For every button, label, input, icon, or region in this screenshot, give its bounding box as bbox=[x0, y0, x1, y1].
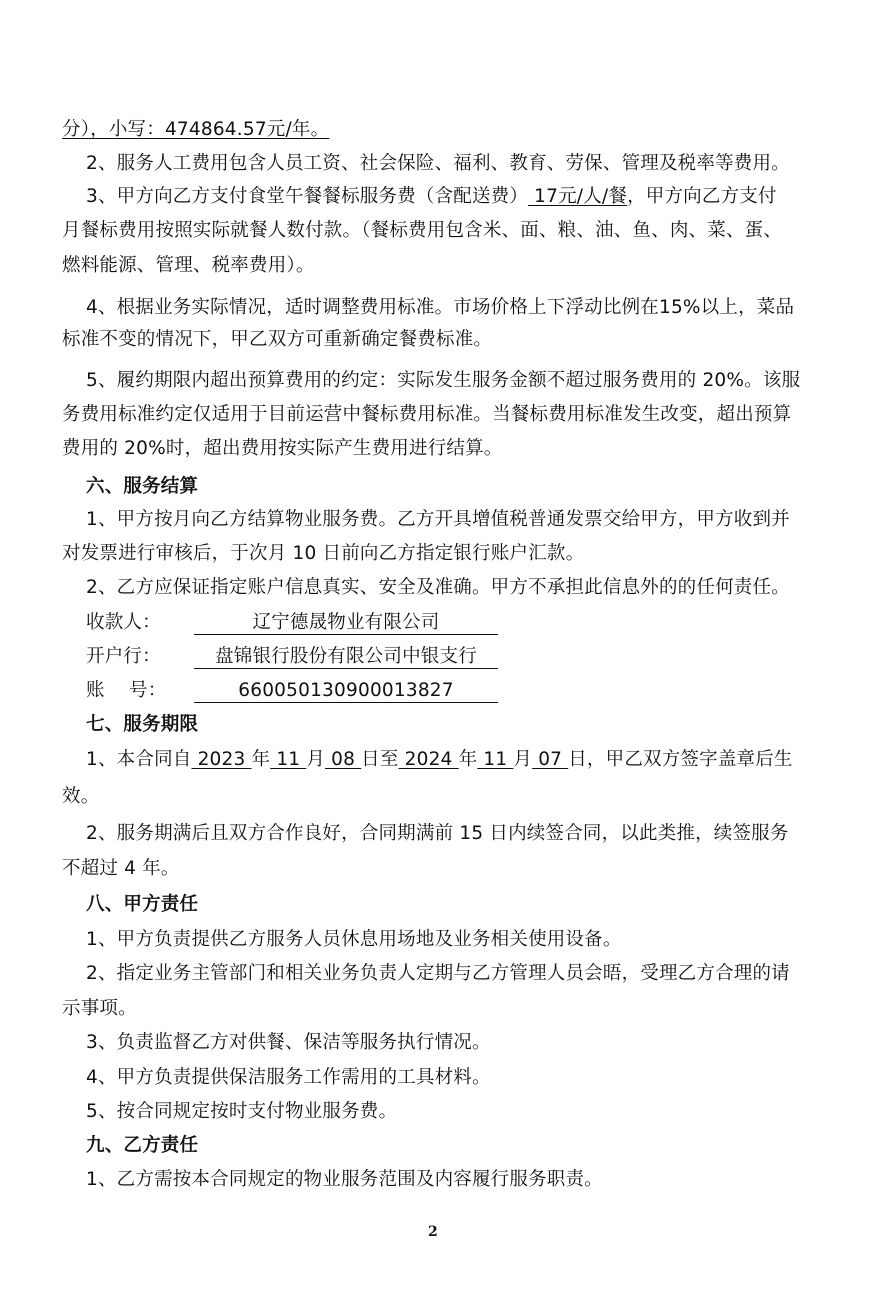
paragraph-line: 2、指定业务主管部门和相关业务负责人定期与乙方管理人员会晤，受理乙方合理的请 bbox=[86, 962, 790, 986]
end-day: 07 bbox=[532, 749, 568, 770]
paragraph-line: 1、甲方按月向乙方结算物业服务费。乙方开具增值税普通发票交给甲方，甲方收到并 bbox=[86, 508, 790, 532]
paragraph-line: 3、甲方向乙方支付食堂午餐餐标服务费（含配送费） 17元/人/餐，甲方向乙方支付 bbox=[86, 185, 777, 209]
payee-row: 收款人：辽宁德晟物业有限公司 bbox=[86, 611, 498, 635]
paragraph-line: 4、甲方负责提供保洁服务工作需用的工具材料。 bbox=[86, 1066, 491, 1090]
account-value: 660050130900013827 bbox=[194, 680, 498, 703]
bank-value: 盘锦银行股份有限公司中银支行 bbox=[194, 646, 498, 669]
payee-value: 辽宁德晟物业有限公司 bbox=[194, 612, 498, 635]
start-day: 08 bbox=[325, 749, 361, 770]
document-page: 分），小写：474864.57元/年。 2、服务人工费用包含人员工资、社会保险、… bbox=[0, 0, 888, 1296]
paragraph-line: 3、负责监督乙方对供餐、保洁等服务执行情况。 bbox=[86, 1031, 491, 1055]
paragraph-line: 2、乙方应保证指定账户信息真实、安全及准确。甲方不承担此信息外的的任何责任。 bbox=[86, 576, 790, 600]
paragraph-line: 费用的 20%时，超出费用按实际产生费用进行结算。 bbox=[62, 437, 503, 461]
text-segment: 3、甲方向乙方支付食堂午餐餐标服务费（含配送费） bbox=[86, 186, 528, 207]
paragraph-line: 分），小写：474864.57元/年。 bbox=[62, 118, 329, 142]
paragraph-line: 对发票进行审核后，于次月 10 日前向乙方指定银行账户汇款。 bbox=[62, 542, 584, 566]
bank-row: 开户行：盘锦银行股份有限公司中银支行 bbox=[86, 645, 498, 669]
paragraph-line: 示事项。 bbox=[62, 997, 137, 1021]
paragraph-line: 2、服务期满后且双方合作良好，合同期满前 15 日内续签合同，以此类推，续签服务 bbox=[86, 822, 789, 846]
account-row: 账 号：660050130900013827 bbox=[86, 679, 498, 703]
text-segment: 年 bbox=[459, 749, 478, 770]
section-heading: 九、乙方责任 bbox=[86, 1134, 198, 1158]
paragraph-line: 不超过 4 年。 bbox=[62, 857, 180, 881]
paragraph-line: 5、履约期限内超出预算费用的约定：实际发生服务金额不超过服务费用的 20%。该服 bbox=[86, 369, 800, 393]
paragraph-line: 月餐标费用按照实际就餐人数付款。（餐标费用包含米、面、粮、油、鱼、肉、菜、蛋、 bbox=[62, 219, 782, 243]
text-segment: 日至 bbox=[361, 749, 398, 770]
text-segment: 1、本合同自 bbox=[86, 749, 191, 770]
text-segment: 月 bbox=[513, 749, 532, 770]
paragraph-line: 2、服务人工费用包含人员工资、社会保险、福利、教育、劳保、管理及税率等费用。 bbox=[86, 152, 790, 176]
section-heading: 六、服务结算 bbox=[86, 475, 198, 499]
paragraph-line: 1、乙方需按本合同规定的物业服务范围及内容履行服务职责。 bbox=[86, 1168, 603, 1192]
text-segment: 年 bbox=[252, 749, 271, 770]
text-segment: 日，甲乙双方签字盖章后生 bbox=[568, 749, 792, 770]
end-month: 11 bbox=[477, 749, 513, 770]
text-segment: 月 bbox=[306, 749, 325, 770]
paragraph-line: 燃料能源、管理、税率费用）。 bbox=[62, 254, 315, 278]
start-year: 2023 bbox=[191, 749, 251, 770]
paragraph-line: 1、甲方负责提供乙方服务人员休息用场地及业务相关使用设备。 bbox=[86, 928, 622, 952]
payee-label: 收款人： bbox=[86, 611, 194, 635]
section-heading: 八、甲方责任 bbox=[86, 893, 198, 917]
section-heading: 七、服务期限 bbox=[86, 713, 198, 737]
page-number: 2 bbox=[428, 1224, 438, 1240]
text-segment: ，甲方向乙方支付 bbox=[627, 186, 777, 207]
paragraph-line: 4、根据业务实际情况，适时调整费用标准。市场价格上下浮动比例在15%以上，菜品 bbox=[86, 296, 794, 320]
paragraph-line: 标准不变的情况下，甲乙双方可重新确定餐费标准。 bbox=[62, 328, 492, 352]
meal-price: 17元/人/餐 bbox=[528, 186, 627, 207]
paragraph-line: 5、按合同规定按时支付物业服务费。 bbox=[86, 1100, 397, 1124]
start-month: 11 bbox=[270, 749, 306, 770]
paragraph-line: 务费用标准约定仅适用于目前运营中餐标费用标准。当餐标费用标准发生改变，超出预算 bbox=[62, 403, 791, 427]
paragraph-line: 效。 bbox=[62, 785, 99, 809]
account-label: 账 号： bbox=[86, 679, 194, 703]
paragraph-line: 1、本合同自 2023 年 11 月 08 日至 2024 年 11 月 07 … bbox=[86, 748, 793, 772]
end-year: 2024 bbox=[399, 749, 459, 770]
bank-label: 开户行： bbox=[86, 645, 194, 669]
amount-text: 分），小写：474864.57元/年。 bbox=[62, 119, 329, 140]
